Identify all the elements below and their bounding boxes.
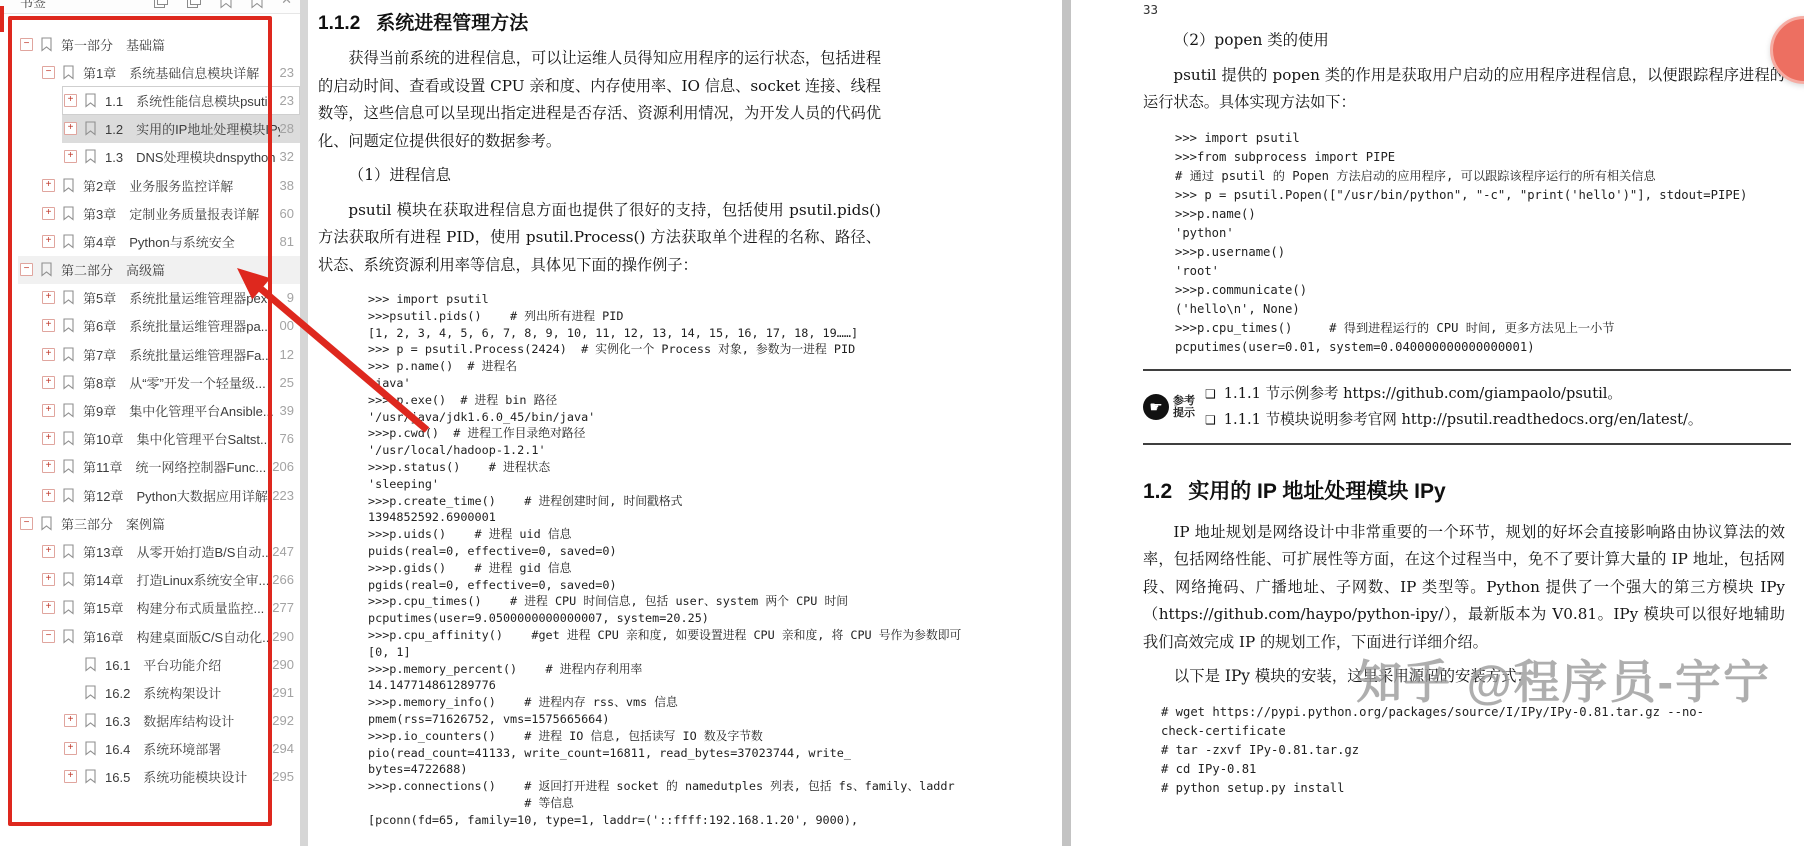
bookmark-icon (84, 149, 97, 164)
bookmark-item[interactable]: + 第7章 系统批量运维管理器Fa... 12 (0, 340, 300, 368)
bookmark-icon (84, 769, 97, 784)
bookmark-label: 第1章 系统基础信息模块详解 (83, 63, 259, 82)
tree-indent (0, 509, 18, 537)
tree-toggle-icon[interactable]: + (42, 432, 55, 445)
bookmark-icon (62, 347, 75, 362)
close-icon[interactable]: ✕ (281, 0, 292, 7)
tree-toggle-icon[interactable]: + (42, 179, 55, 192)
bookmark-item[interactable]: + 16.3 数据库结构设计 292 (0, 707, 300, 735)
tree-indent (0, 763, 62, 791)
bookmark-page-number: 290 (272, 657, 300, 672)
expand-page-icon[interactable] (186, 0, 202, 9)
sub-heading: （1）进程信息 (318, 162, 1062, 190)
reference-tip-list: ❑1.1.1 节示例参考 https://github.com/giampaol… (1205, 381, 1703, 433)
section-heading-1-1-2: 1.1.2系统进程管理方法 (318, 8, 1062, 35)
sidebar-divider[interactable] (300, 0, 308, 846)
bookmark-page-number: 23 (280, 65, 300, 80)
bookmark-icon (62, 178, 75, 193)
heading-number: 1.2 (1143, 480, 1172, 503)
tree-indent (0, 312, 40, 340)
bookmark-label: 第12章 Python大数据应用详解 (83, 486, 268, 505)
tree-toggle-icon[interactable]: + (42, 545, 55, 558)
bookmark-label: 第16章 构建桌面版C/S自动化... (83, 627, 272, 646)
bookmark-label: 第7章 系统批量运维管理器Fa... (83, 345, 272, 364)
tree-toggle-icon[interactable]: + (64, 742, 77, 755)
heading-title: 系统进程管理方法 (376, 13, 528, 34)
bookmark-page-number: 12 (280, 347, 300, 362)
book-page-number: 33 (1143, 2, 1804, 17)
bookmark-label: 第11章 统一网络控制器Func... (83, 457, 266, 476)
bookmark-item[interactable]: + 第10章 集中化管理平台Saltst... 76 (0, 425, 300, 453)
bookmark-label: 第一部分 基础篇 (61, 35, 165, 54)
tree-indent (0, 566, 40, 594)
tree-toggle-icon[interactable]: + (42, 460, 55, 473)
bookmark-page-number: 223 (272, 488, 300, 503)
tree-indent (0, 86, 62, 114)
bookmark-icon (62, 206, 75, 221)
tree-indent (0, 115, 62, 143)
bookmark-item[interactable]: − 第二部分 高级篇 (0, 256, 300, 284)
bookmark-item[interactable]: + 第4章 Python与系统安全 81 (0, 227, 300, 255)
bookmark-page-number: 295 (272, 769, 300, 784)
tree-indent (0, 537, 40, 565)
tree-indent (0, 30, 18, 58)
bookmark-label: 16.4 系统环境部署 (105, 739, 221, 758)
tree-toggle-icon[interactable]: + (42, 291, 55, 304)
bookmark-label: 第13章 从零开始打造B/S自动... (83, 542, 272, 561)
tree-toggle-icon[interactable]: − (20, 38, 33, 51)
bookmark-icon (62, 572, 75, 587)
annotation-red-mark (0, 6, 4, 32)
tree-toggle-icon[interactable]: + (64, 94, 77, 107)
tree-indent (0, 678, 62, 706)
tree-indent (0, 171, 40, 199)
bookmarks-toolbar: 书签 ✕ (0, 0, 300, 14)
tree-toggle-icon[interactable]: − (20, 263, 33, 276)
bookmark-icon[interactable] (250, 0, 264, 9)
tree-toggle-icon[interactable]: + (64, 714, 77, 727)
bookmark-page-number: 60 (280, 206, 300, 221)
tree-indent (0, 707, 62, 735)
bookmark-label: 16.1 平台功能介绍 (105, 655, 221, 674)
bookmark-label: 第14章 打造Linux系统安全审... (83, 570, 269, 589)
bookmark-icon (40, 516, 53, 531)
bookmark-icon (84, 657, 97, 672)
bookmark-item[interactable]: + 第3章 定制业务质量报表详解 60 (0, 199, 300, 227)
square-bullet-icon: ❑ (1205, 413, 1216, 427)
bookmark-icon (84, 121, 97, 136)
bookmark-icon (62, 431, 75, 446)
bookmark-icon (62, 544, 75, 559)
bookmark-icon (62, 459, 75, 474)
bookmark-item[interactable]: + 第12章 Python大数据应用详解 223 (0, 481, 300, 509)
bookmark-item[interactable]: − 第一部分 基础篇 (0, 30, 300, 58)
bookmark-item[interactable]: 16.2 系统构架设计 291 (0, 678, 300, 706)
bookmark-page-number: 28 (280, 121, 300, 136)
bookmark-label: 第9章 集中化管理平台Ansible... (83, 401, 274, 420)
bookmark-label: 第2章 业务服务监控详解 (83, 176, 233, 195)
pdf-page-1: 1.1.2系统进程管理方法 获得当前系统的进程信息，可以让运维人员得知应用程序的… (308, 0, 1062, 846)
tree-toggle-icon[interactable]: − (42, 630, 55, 643)
tree-indent (0, 256, 18, 284)
bookmark-label: 16.3 数据库结构设计 (105, 711, 234, 730)
bookmark-icon (62, 375, 75, 390)
tree-toggle-icon[interactable]: + (42, 573, 55, 586)
tree-indent (0, 594, 40, 622)
heading-title: 实用的 IP 地址处理模块 IPy (1188, 480, 1446, 503)
reference-tip-box: ☛ 参考 提示 ❑1.1.1 节示例参考 https://github.com/… (1143, 369, 1791, 445)
sub-heading: （2）popen 类的使用 (1143, 27, 1804, 55)
code-block-ipy-install: # wget https://pypi.python.org/packages/… (1161, 703, 1804, 798)
section-heading-1-2: 1.2实用的 IP 地址处理模块 IPy (1143, 475, 1804, 505)
bookmark-page-number: 266 (272, 572, 300, 587)
bookmark-tree: − 第一部分 基础篇 − 第1章 系统基础信息模块详解 23 + 1.1 系统性… (0, 30, 300, 791)
bookmark-item[interactable]: + 1.3 DNS处理模块dnspython 32 (0, 143, 300, 171)
bookmark-item[interactable]: + 1.2 实用的IP地址处理模块IPy 28 (0, 115, 300, 143)
bookmark-item[interactable]: + 第2章 业务服务监控详解 38 (0, 171, 300, 199)
bookmark-label: 第8章 从“零”开发一个轻量级... (83, 373, 266, 392)
tree-toggle-icon[interactable]: + (64, 770, 77, 783)
bookmark-item[interactable]: + 第11章 统一网络控制器Func... 206 (0, 453, 300, 481)
body-paragraph: IP 地址规划是网络设计中非常重要的一个环节，规划的好坏会直接影响路由协议算法的… (1143, 519, 1785, 657)
tree-toggle-icon[interactable]: + (64, 122, 77, 135)
bookmark-page-number: 290 (272, 629, 300, 644)
tree-toggle-icon[interactable]: − (20, 517, 33, 530)
tree-indent (0, 396, 40, 424)
bookmark-icon (84, 685, 97, 700)
bookmark-label: 第3章 定制业务质量报表详解 (83, 204, 259, 223)
heading-number: 1.1.2 (318, 13, 360, 34)
bookmark-icon (40, 37, 53, 52)
bookmark-page-number: 291 (272, 685, 300, 700)
bookmark-page-number: 277 (272, 600, 300, 615)
bookmark-page-number: 38 (280, 178, 300, 193)
code-block-popen: >>> import psutil >>>from subprocess imp… (1175, 129, 1804, 357)
tree-toggle-icon[interactable]: + (42, 404, 55, 417)
tree-indent (0, 143, 62, 171)
bookmark-page-number: 292 (272, 713, 300, 728)
reference-tip-item: ❑1.1.1 节模块说明参考官网 http://psutil.readthedo… (1205, 407, 1703, 433)
bookmark-item[interactable]: − 第1章 系统基础信息模块详解 23 (0, 58, 300, 86)
bookmark-item[interactable]: + 第15章 构建分布式质量监控... 277 (0, 594, 300, 622)
bookmark-item[interactable]: + 1.1 系统性能信息模块psutil 23 (0, 86, 300, 114)
code-block-psutil-process: >>> import psutil >>>psutil.pids() # 列出所… (368, 291, 1062, 829)
bookmark-label: 1.3 DNS处理模块dnspython (105, 147, 276, 166)
bookmark-label: 1.2 实用的IP地址处理模块IPy (105, 119, 280, 138)
bookmark-page-number: 39 (280, 403, 300, 418)
tree-indent (0, 481, 40, 509)
bookmark-item[interactable]: + 第6章 系统批量运维管理器pa... 00 (0, 312, 300, 340)
bookmark-icon (84, 93, 97, 108)
bookmark-page-number: 294 (272, 741, 300, 756)
bookmark-icon (62, 65, 75, 80)
reference-tip-badge: ☛ 参考 提示 (1143, 394, 1195, 420)
bookmark-item[interactable]: − 第三部分 案例篇 (0, 509, 300, 537)
bookmark-label: 第5章 系统批量运维管理器pex... (83, 288, 278, 307)
bookmark-icon (84, 741, 97, 756)
bookmark-icon (62, 629, 75, 644)
reference-hand-icon: ☛ (1143, 394, 1169, 420)
tree-indent (0, 735, 62, 763)
bookmark-item[interactable]: + 第13章 从零开始打造B/S自动... 247 (0, 537, 300, 565)
tree-toggle-icon[interactable]: + (42, 489, 55, 502)
body-paragraph: psutil 模块在获取进程信息方面也提供了很好的支持，包括使用 psutil.… (318, 197, 881, 280)
bookmark-icon (62, 403, 75, 418)
pdf-reader-window: { "panel": { "title": "书签", "toolbar_ico… (0, 0, 1804, 846)
tree-indent (0, 340, 40, 368)
tree-indent (0, 453, 40, 481)
tree-indent (0, 622, 40, 650)
tree-toggle-icon[interactable]: + (42, 235, 55, 248)
bookmark-label: 第二部分 高级篇 (61, 260, 165, 279)
tree-toggle-icon[interactable]: + (42, 207, 55, 220)
tree-indent (0, 199, 40, 227)
bookmark-icon (62, 290, 75, 305)
tree-toggle-icon[interactable]: − (42, 66, 55, 79)
reference-tip-text: 1.1.1 节示例参考 https://github.com/giampaolo… (1224, 385, 1622, 402)
body-paragraph: psutil 提供的 popen 类的作用是获取用户启动的应用程序进程信息，以便… (1143, 62, 1785, 117)
reference-tip-item: ❑1.1.1 节示例参考 https://github.com/giampaol… (1205, 381, 1703, 407)
bookmarks-panel-title: 书签 (20, 0, 46, 11)
bookmark-item[interactable]: 16.1 平台功能介绍 290 (0, 650, 300, 678)
tree-indent (0, 650, 62, 678)
bookmark-label: 第三部分 案例篇 (61, 514, 165, 533)
bookmark-item[interactable]: + 16.5 系统功能模块设计 295 (0, 763, 300, 791)
pdf-page-2: 33 （2）popen 类的使用 psutil 提供的 popen 类的作用是获… (1071, 0, 1804, 846)
tree-indent (0, 227, 40, 255)
bookmark-page-number: 32 (280, 149, 300, 164)
bookmark-item[interactable]: − 第16章 构建桌面版C/S自动化... 290 (0, 622, 300, 650)
square-bullet-icon: ❑ (1205, 387, 1216, 401)
tree-indent (0, 368, 40, 396)
bookmark-icon (62, 234, 75, 249)
tree-indent (0, 284, 40, 312)
page-gap (1062, 0, 1071, 846)
bookmark-icon (62, 318, 75, 333)
bookmark-label: 16.5 系统功能模块设计 (105, 767, 247, 786)
tree-toggle-icon[interactable]: + (64, 150, 77, 163)
bookmark-page-number: 00 (280, 318, 300, 333)
bookmark-page-number: 9 (287, 290, 300, 305)
bookmark-item[interactable]: + 16.4 系统环境部署 294 (0, 735, 300, 763)
tree-toggle-icon[interactable]: + (42, 376, 55, 389)
bookmark-page-number: 23 (280, 93, 300, 108)
bookmark-page-number: 206 (272, 459, 300, 474)
reference-tip-text: 1.1.1 节模块说明参考官网 http://psutil.readthedoc… (1224, 411, 1703, 428)
tree-indent (0, 58, 40, 86)
bookmark-icon (62, 600, 75, 615)
tree-toggle-icon[interactable]: + (42, 319, 55, 332)
bookmark-page-number: 247 (272, 544, 300, 559)
bookmark-item[interactable]: + 第14章 打造Linux系统安全审... 266 (0, 566, 300, 594)
body-paragraph: 获得当前系统的进程信息，可以让运维人员得知应用程序的运行状态，包括进程的启动时间… (318, 45, 881, 155)
bookmark-icon (62, 488, 75, 503)
tree-indent (0, 425, 40, 453)
reference-tip-label: 参考 提示 (1173, 395, 1195, 419)
bookmark-item[interactable]: + 第9章 集中化管理平台Ansible... 39 (0, 396, 300, 424)
bookmark-page-number: 25 (280, 375, 300, 390)
bookmark-icon[interactable] (219, 0, 233, 9)
bookmark-label: 第10章 集中化管理平台Saltst... (83, 429, 271, 448)
bookmark-label: 第4章 Python与系统安全 (83, 232, 235, 251)
bookmark-label: 16.2 系统构架设计 (105, 683, 221, 702)
tree-toggle-icon[interactable]: + (42, 601, 55, 614)
bookmark-item[interactable]: + 第8章 从“零”开发一个轻量级... 25 (0, 368, 300, 396)
bookmark-page-number: 76 (280, 431, 300, 446)
expand-page-icon[interactable] (153, 0, 169, 9)
tree-toggle-icon[interactable]: + (42, 348, 55, 361)
bookmark-page-number: 81 (280, 234, 300, 249)
bookmark-icon (40, 262, 53, 277)
bookmark-label: 第6章 系统批量运维管理器pa... (83, 316, 272, 335)
bookmark-item[interactable]: + 第5章 系统批量运维管理器pex... 9 (0, 284, 300, 312)
bookmark-label: 1.1 系统性能信息模块psutil (105, 91, 270, 110)
bookmark-icon (84, 713, 97, 728)
zhihu-watermark: 知乎 @程序员-宇宁 (1356, 646, 1771, 712)
bookmark-label: 第15章 构建分布式质量监控... (83, 598, 264, 617)
bookmarks-panel: 书签 ✕ − 第一部分 基础篇 − 第1章 系统基础信息模块详解 2 (0, 0, 300, 846)
